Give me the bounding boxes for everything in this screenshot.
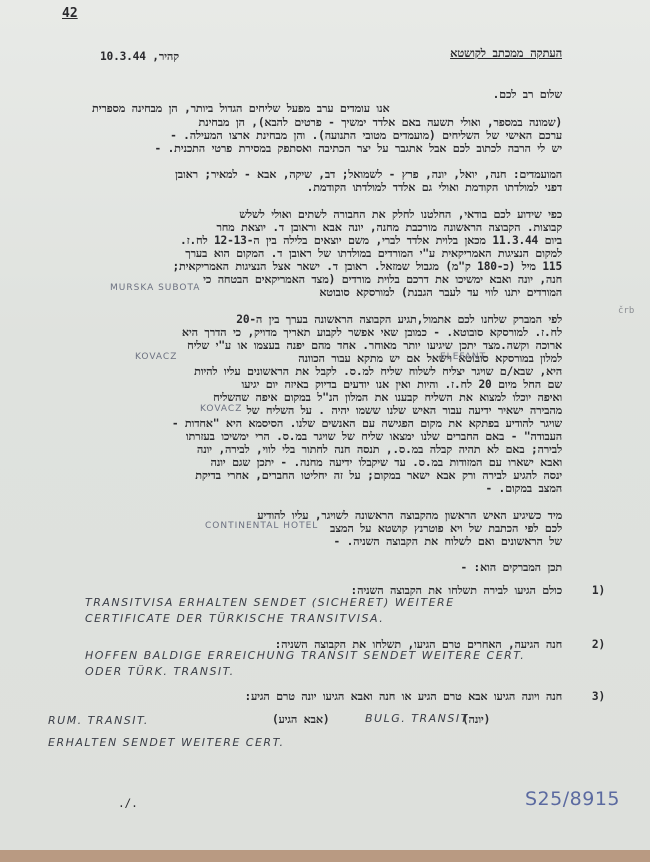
- p3-line-9: שויגר להודיע בפתקא את מקום הפגישה עם האנ…: [172, 417, 562, 430]
- p3-line-12: ואבא ישארו עם המזודות במ.ס. עד שיקבלו יד…: [210, 456, 562, 469]
- p3-line-4: למלון במורסקא סובוטא וישאל אם יש מתקא עב…: [298, 352, 562, 365]
- p3-line-2: לח.ז. למורסקא סובוטא. - כמובן שאי אפשר ל…: [182, 326, 562, 339]
- p4-line-2: לכם לפי הכתבת של ויא פוטרנץ קושטא על המצ…: [330, 522, 562, 535]
- document-title: העתקה ממכתב לקושטא: [450, 46, 562, 60]
- telegram-3-typed-inline-b: (יונה): [462, 713, 490, 726]
- p3-line-14: המצב במקום. -: [485, 482, 562, 495]
- annotation-kovacz-1: KOVACZ: [135, 352, 177, 362]
- telegram-3-typed-inline-a: (אבא הגיע): [272, 713, 329, 726]
- p2-line-3: ביום 11.3.44 מכאן בלוית אלדד לברי, משם י…: [180, 234, 562, 247]
- p3-line-6: שם החל מיום 20 לח.ז. והיות ואין אנו יודע…: [241, 378, 562, 391]
- telegram-3-handwritten-inline: BULG. TRANSIT: [365, 712, 469, 725]
- greeting: שלום רב לכם.: [493, 88, 562, 101]
- p3-line-13: ינסה להגיע לבירה ורק אבא ישאר במקום; על …: [195, 469, 562, 482]
- telegram-3-text: חנה ויונה הגיעו אבא טרם הגיע או חנה ואבא…: [244, 690, 562, 703]
- margin-mark: črb: [618, 306, 634, 316]
- candidates-line-1: המועמדים: חנה, יואל, יונה, פרץ - לשמואל;…: [175, 168, 562, 181]
- p2-line-6: חנה, יונה ואבא ימשיכו את דרכם בלוית מורד…: [203, 273, 562, 286]
- page-number: 42: [62, 6, 78, 21]
- p4-line-3: של הראשונים ואם לשלוח את הקבוצה השניה. -: [334, 535, 562, 548]
- annotation-continental-hotel: CONTINENTAL HOTEL: [205, 521, 318, 531]
- p3-line-7: ואיפה יוכלו למצוא את השליח קבענו את המלו…: [213, 391, 562, 404]
- p2-line-4: למקום הנציגות האמריקאית ע"י המורדים במול…: [185, 247, 562, 260]
- desk-edge: [0, 850, 650, 862]
- telegram-2-handwritten-2: ODER TÜRK. TRANSIT.: [85, 665, 235, 678]
- p1-line-2: (שמונה במספר, ואולי תשעה באם אלדד ימשיך …: [199, 116, 562, 129]
- telegram-2-handwritten-1: HOFFEN BALDIGE ERREICHUNG TRANSIT SENDET…: [85, 649, 525, 662]
- p2-line-7: המורדים יתנו לווי עד לעבר הגבנת) למורסקא…: [319, 286, 562, 299]
- p2-line-2: קבוצות. הקבוצה הראשונה מורכבת מחנה, יונה…: [216, 221, 562, 234]
- telegram-3-handwritten-1: RUM. TRANSIT.: [48, 714, 149, 727]
- annotation-elefant: ELEFANT: [440, 352, 486, 362]
- p3-line-5: היא, שבא/ם שויגר יצליח לשלוח שליח למ.ס. …: [194, 365, 562, 378]
- telegram-1-number: (1: [592, 584, 605, 597]
- p2-line-1: כפי שידוע לכם בודאי, החלטנו לחלק את החבו…: [239, 208, 562, 221]
- p3-line-1: לפי המברק שלחנו לכם אתמול,תגיע הקבוצה הר…: [236, 313, 562, 326]
- telegrams-heading: תכן המברקים הוא: -: [460, 561, 562, 574]
- telegram-2-number: (2: [592, 638, 605, 651]
- annotation-murska-sobota: MURSKA SUBOTA: [110, 283, 200, 293]
- p1-line-3: ערכם האישי של השליחים (מועמדים מטובי התנ…: [170, 129, 562, 142]
- telegram-3-number: (3: [592, 690, 605, 703]
- p3-line-11: לבירה; באם לא תהיה קבלה במ.ס., תנסה חנה …: [197, 443, 562, 456]
- place-date: קהיר, 10.3.44: [100, 50, 179, 63]
- p1-line-1: אנו עומדים ערב מפעל שליחים הגדול ביותר, …: [92, 102, 562, 115]
- candidates-line-2: דפני למולדתו הקודמת ואולי גם אלדד למולדת…: [307, 181, 562, 194]
- p1-line-4: יש לי הרבה לכתוב לכם אבל אתגבר על יצר הכ…: [155, 142, 562, 155]
- archive-number: S25/8915: [525, 788, 620, 810]
- p3-line-8: מהבירה ישאיר ידיעה עבור האיש שלנו ששמו י…: [247, 404, 562, 417]
- p2-line-5: 115 מיל (כ-180 ק"מ) מגבול שמזאל. ראובן ד…: [173, 260, 562, 273]
- telegram-1-handwritten-1: TRANSITVISA ERHALTEN SENDET (SICHERET) W…: [85, 596, 455, 609]
- p3-line-10: העבודה" - באם החברים שלנו ימצאו שליח של …: [186, 430, 562, 443]
- telegram-3-handwritten-2: ERHALTEN SENDET WEITERE CERT.: [48, 736, 284, 749]
- telegram-1-handwritten-2: CERTIFICATE DER TÜRKISCHE TRANSITVISA.: [85, 612, 384, 625]
- end-mark: ./.: [118, 797, 138, 810]
- p3-line-3: ארוכה וקשה.מצד יתכן שיגיעו יותר מאוחר. א…: [187, 339, 562, 352]
- annotation-kovacz-2: KOVACZ: [200, 404, 242, 414]
